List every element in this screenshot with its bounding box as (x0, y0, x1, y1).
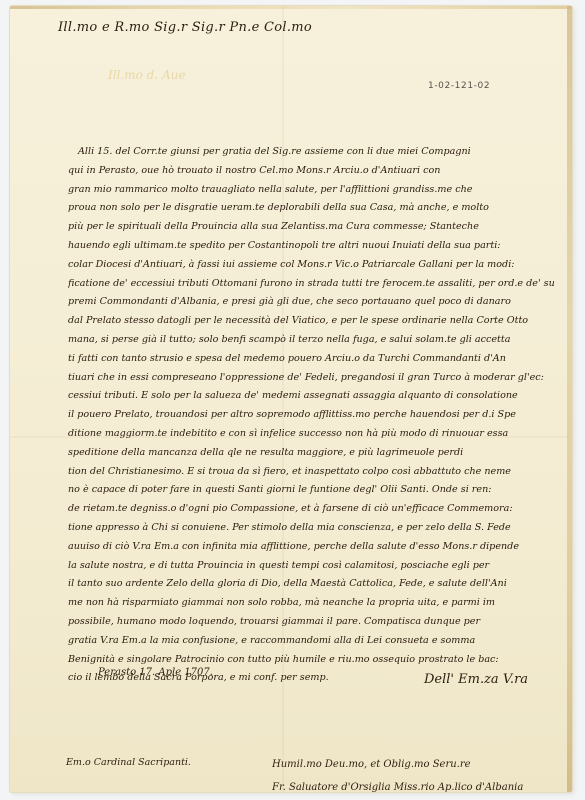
body-line: mana, si perse già il tutto; solo benfi … (68, 331, 572, 350)
body-line: il tanto suo ardente Zelo della gloria d… (68, 575, 572, 594)
body-line: de rietam.te degniss.o d'ogni pio Compas… (68, 500, 572, 519)
body-line: speditione della mancanza della qle ne r… (68, 444, 572, 463)
body-line: colar Diocesi d'Antiuari, à fassi iui as… (68, 256, 572, 275)
recipient-line: Em.o Cardinal Sacripanti. (66, 757, 191, 768)
body-line: tiuari che in essi compreseano l'oppress… (68, 369, 572, 388)
body-line: possibile, humano modo loquendo, trouars… (68, 613, 572, 632)
body-line: ti fatti con tanto strusio e spesa del m… (68, 350, 572, 369)
body-line: auuiso di ciò V.ra Em.a con infinita mia… (68, 538, 572, 557)
signature-name-line: Fr. Saluatore d'Orsiglia Miss.rio Ap.lic… (272, 782, 523, 792)
closing-formula: Dell' Em.za V.ra (424, 672, 528, 687)
salutation-heading: Ill.mo e R.mo Sig.r Sig.r Pn.e Col.mo (58, 20, 312, 35)
body-line: hauendo egli ultimam.te spedito per Cost… (68, 237, 572, 256)
body-line: tion del Christianesimo. E si troua da s… (68, 463, 572, 482)
body-line: più per le spirituali della Prouincia al… (68, 218, 572, 237)
document-viewer: Ill.mo e R.mo Sig.r Sig.r Pn.e Col.mo Il… (0, 0, 585, 800)
body-line: me non hà risparmiato giammai non solo r… (68, 594, 572, 613)
body-line: cessiui tributi. E solo per la salueza d… (68, 387, 572, 406)
body-line: il pouero Prelato, trouandosi per altro … (68, 406, 572, 425)
body-line: Alli 15. del Corr.te giunsi per gratia d… (68, 143, 572, 162)
date-line: Perasto 17. Aple 1707. (98, 667, 213, 678)
letter-page: Ill.mo e R.mo Sig.r Sig.r Pn.e Col.mo Il… (10, 6, 572, 792)
body-line: no è capace di poter fare in questi Sant… (68, 481, 572, 500)
body-line: proua non solo per le disgratie ueram.te… (68, 199, 572, 218)
letter-body: Alli 15. del Corr.te giunsi per gratia d… (68, 143, 572, 688)
archive-number: 1-02-121-02 (428, 81, 490, 91)
body-line: gratia V.ra Em.a la mia confusione, e ra… (68, 632, 572, 651)
body-line: dal Prelato stesso datogli per le necess… (68, 312, 572, 331)
body-line: qui in Perasto, oue hò trouato il nostro… (68, 162, 572, 181)
faded-annotation: Ill.mo d. Aue (108, 68, 185, 82)
body-line: ficatione de' eccessiui tributi Ottomani… (68, 275, 572, 294)
body-line: la salute nostra, e di tutta Prouincia i… (68, 557, 572, 576)
body-line: premi Commondanti d'Albania, e presi già… (68, 293, 572, 312)
body-line: tione appresso à Chi si conuiene. Per st… (68, 519, 572, 538)
body-line: gran mio rammarico molto trauagliato nel… (68, 181, 572, 200)
body-line: ditione maggiorm.te indebitito e con sì … (68, 425, 572, 444)
signature-courtesy-line: Humil.mo Deu.mo, et Oblig.mo Seru.re (272, 759, 471, 770)
